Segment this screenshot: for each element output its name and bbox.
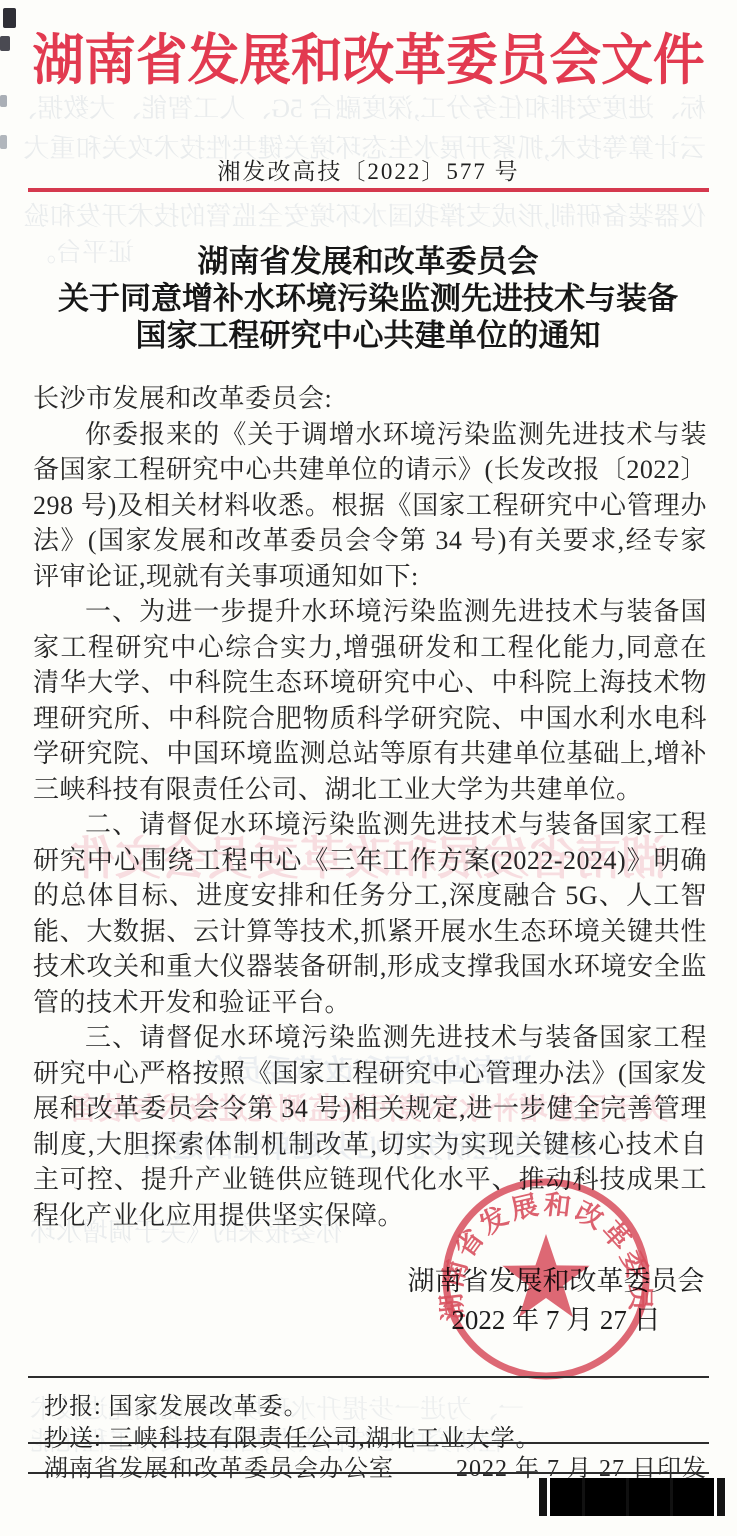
addressee-line: 长沙市发展和改革委员会: [33,381,707,417]
ghost-text-line: 仪器装备研制,形成支撑我国水环境安全监管的技术开发和验 [30,196,706,233]
seal-star-icon [502,1234,589,1317]
footer-divider [28,1472,709,1474]
body-paragraph: 二、请督促水环境污染监测先进技术与装备国家工程研究中心围绕工程中心《三年工作方案… [33,807,707,1020]
footer-divider [28,1376,709,1378]
document-body: 长沙市发展和改革委员会: 你委报来的《关于调增水环境污染监测先进技术与装备国家工… [33,381,707,1233]
issuing-office: 湖南省发展和改革委员会办公室 [44,1448,394,1483]
cc-report-value: 国家发展改革委。 [109,1394,309,1420]
scanned-document-page: 标、进度安排和任务分工,深度融合 5G、人工智能、大数据、 云计算等技术,抓紧开… [0,0,737,1536]
title-line-2: 关于同意增补水环境污染监测先进技术与装备 [18,280,718,317]
scan-artifact [0,36,10,51]
cc-report-line: 抄报: 国家发展改革委。 [44,1386,309,1421]
title-line-3: 国家工程研究中心共建单位的通知 [18,317,718,354]
body-paragraph: 一、为进一步提升水环境污染监测先进技术与装备国家工程研究中心综合实力,增强研发和… [33,594,707,807]
official-red-seal: 湖南省发展和改革委员会 [436,1173,656,1385]
document-title: 湖南省发展和改革委员会 关于同意增补水环境污染监测先进技术与装备 国家工程研究中… [18,243,718,354]
document-number: 湘发改高技〔2022〕577 号 [0,153,737,186]
scan-artifact [3,8,16,28]
document-barcode [538,1478,726,1516]
footer-divider [28,1442,709,1444]
title-line-1: 湖南省发展和改革委员会 [18,243,718,280]
scan-artifact [0,135,7,149]
scan-artifact [0,95,7,107]
letterhead-divider [28,188,709,192]
body-paragraph: 你委报来的《关于调增水环境污染监测先进技术与装备国家工程研究中心共建单位的请示》… [33,417,707,595]
letterhead-banner: 湖南省发展和改革委员会文件 [22,16,715,95]
cc-report-label: 抄报: [44,1394,102,1420]
